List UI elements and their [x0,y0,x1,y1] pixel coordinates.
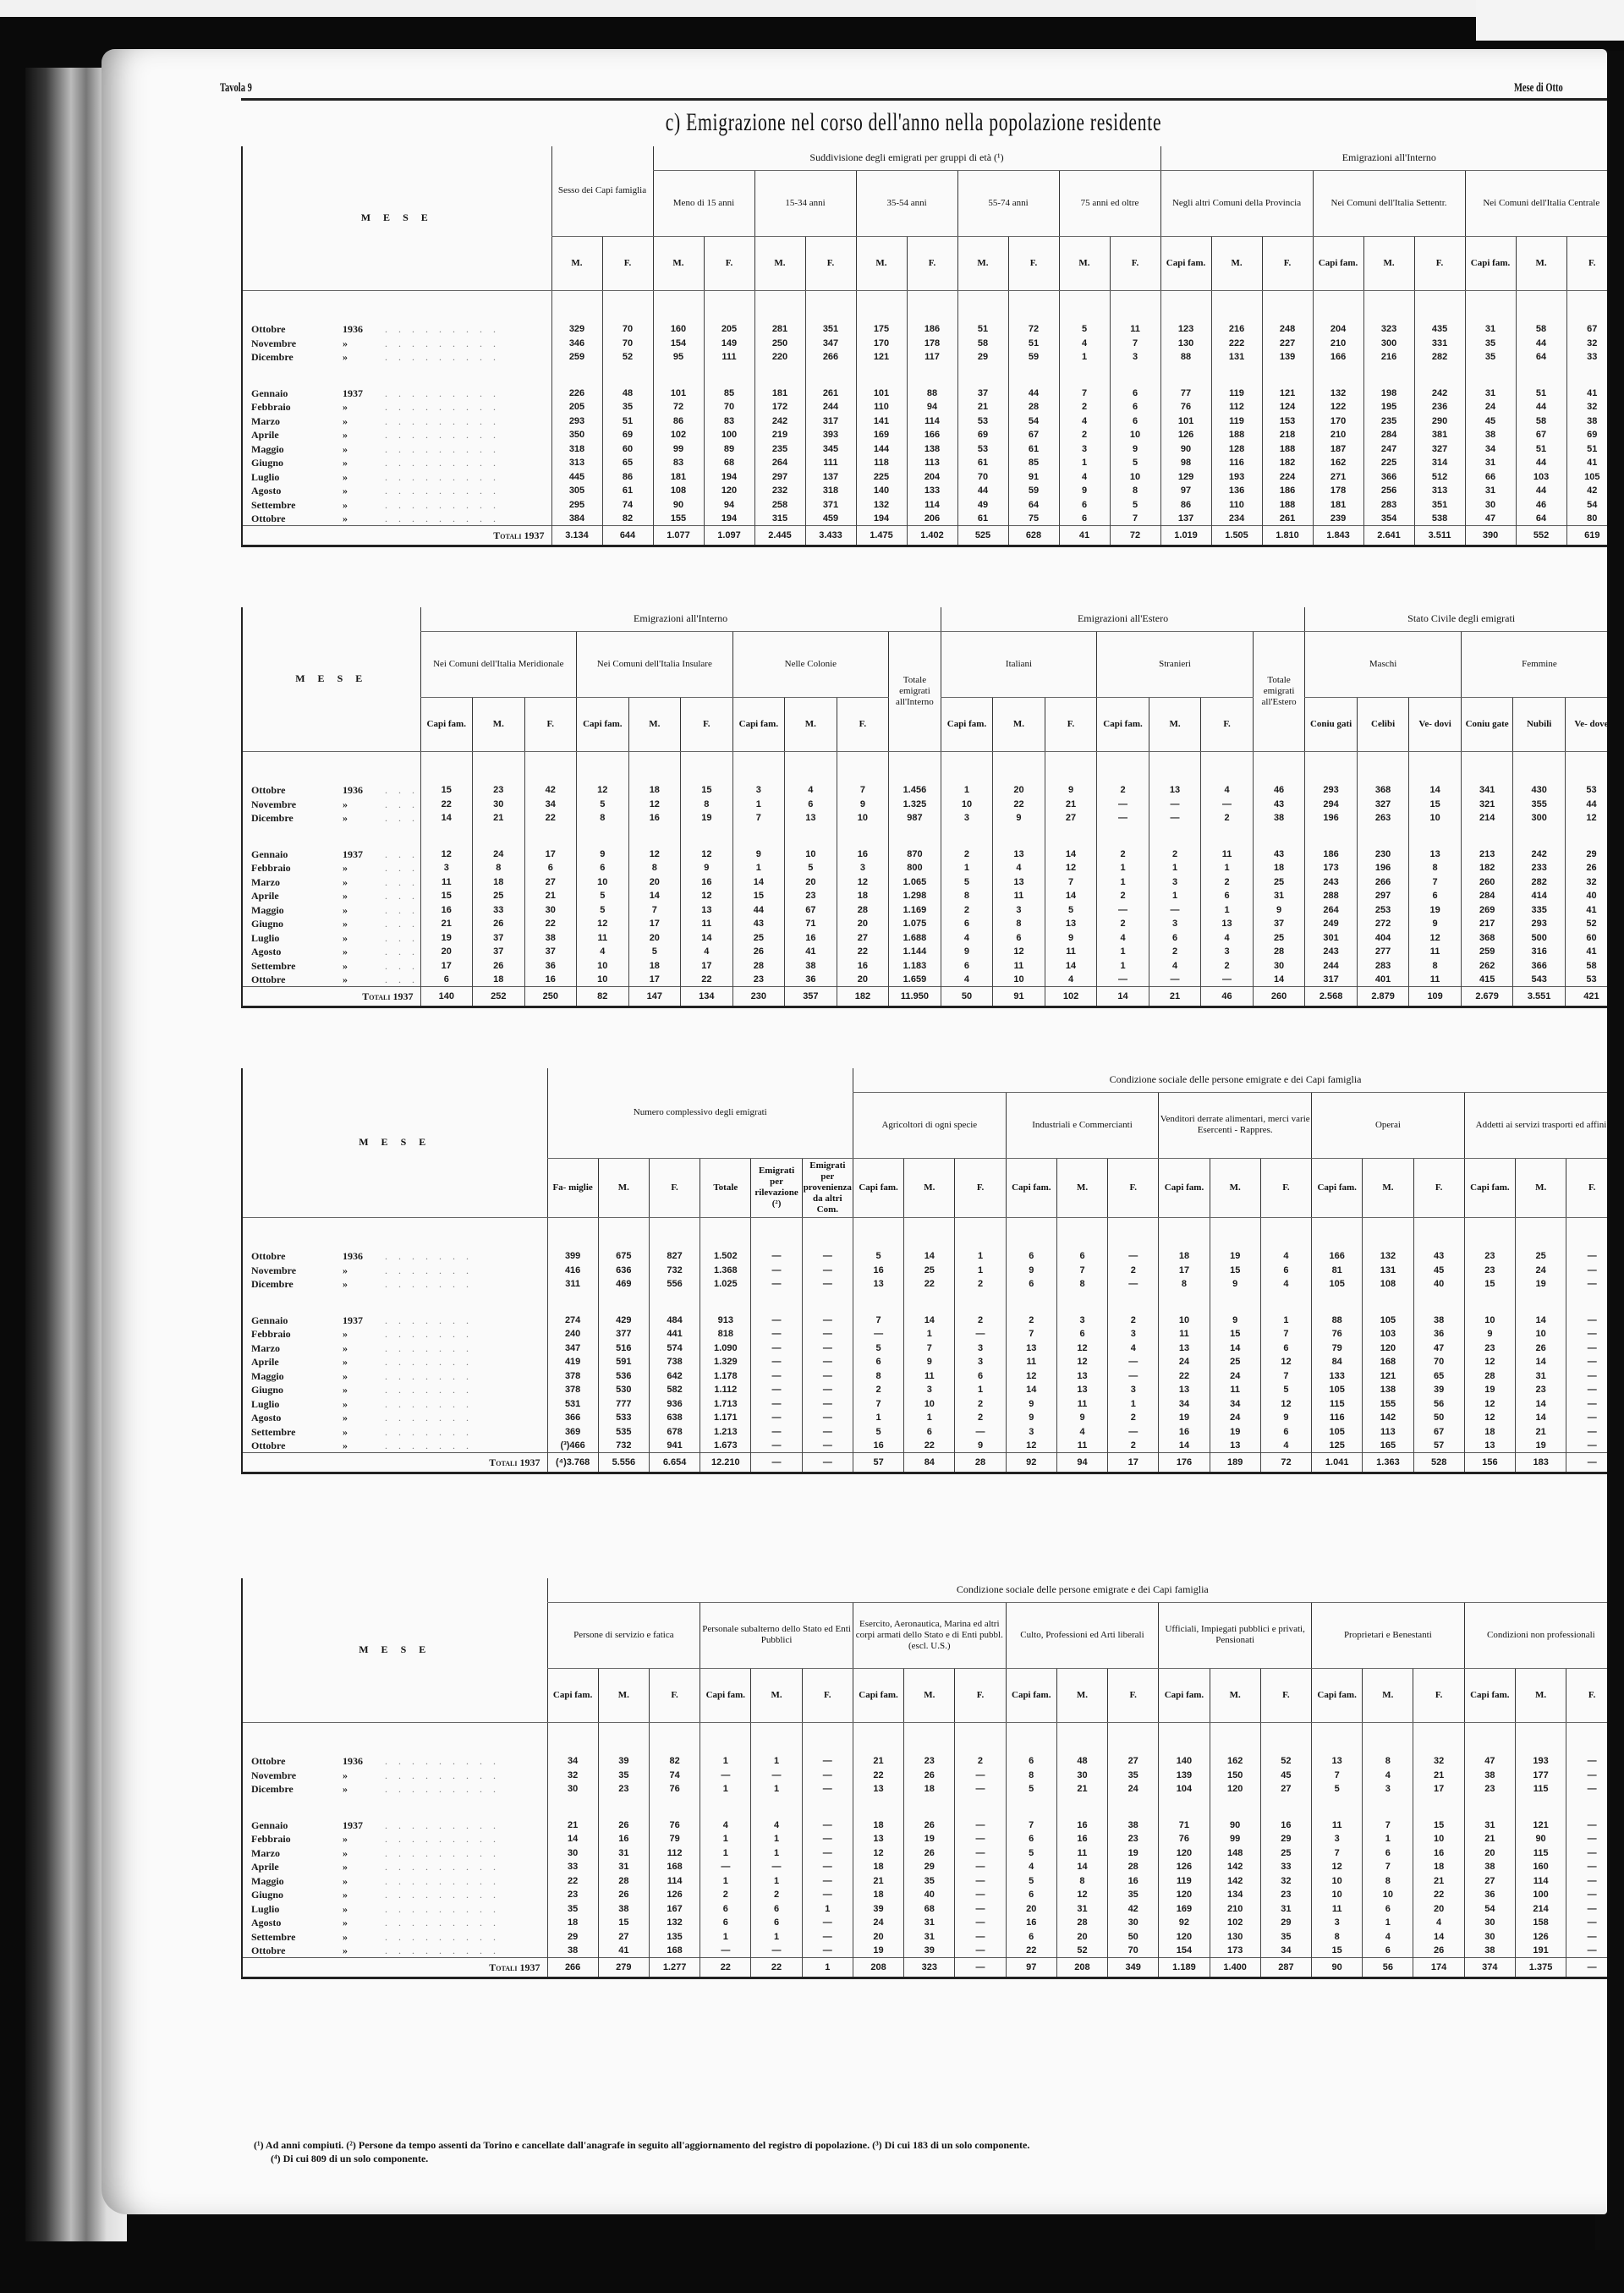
table-cell: 14 [1006,1383,1056,1397]
table-cell: 11 [681,917,733,931]
leader-dots: . . . [385,862,419,874]
table-cell: 8 [1110,484,1160,498]
table-cell: 3 [1201,945,1254,959]
table-cell: 79 [1312,1341,1363,1356]
table-cell: 26 [473,959,525,974]
table-cell: 25 [904,1264,955,1278]
table-cell: 288 [1305,889,1358,903]
table-cell: 80 [1566,512,1607,526]
table-cell: 369 [547,1425,598,1440]
month-label: Ottobre1936. . . [243,783,420,798]
table-cell: 13 [853,1832,903,1846]
table-cell: 42 [1108,1902,1159,1917]
table-cell: 20 [628,875,681,890]
total-cell: 1.363 [1363,1453,1413,1473]
table-cell: 60 [1565,931,1607,946]
table-cell: 249 [1305,917,1358,931]
month-label: Novembre». . . . . . . [243,1264,547,1278]
table-cell: 131 [1363,1264,1413,1278]
table-cell: 6 [1056,1327,1107,1341]
table-cell: 120 [1159,1888,1210,1902]
table-cell: 67 [1413,1425,1464,1440]
table-cell: 13 [1056,1369,1107,1384]
leader-dots: . . . . . . . [385,1426,473,1438]
total-cell: (⁴)3.768 [547,1453,598,1473]
table-row: Ottobre1936. . .1523421218153471.4561209… [243,783,1607,798]
table-cell: 3 [1149,917,1201,931]
top-rule [241,98,1607,101]
total-cell: 56 [1363,1958,1413,1978]
table-cell: 24 [1210,1411,1260,1425]
table-cell: 368 [1357,783,1409,798]
group-header: Venditori derrate alimentari, merci vari… [1159,1092,1312,1158]
table-cell: — [751,1264,802,1278]
subgroup-header: Nei Comuni dell'Italia Meridionale [420,631,577,697]
table-cell: 2 [1097,783,1149,798]
table-cell: 81 [1312,1264,1363,1278]
table-cell: 14 [1516,1397,1566,1412]
table-cell: 8 [1056,1874,1107,1889]
group-header: Proprietari e Benestanti [1312,1602,1465,1668]
table-cell: 103 [1516,470,1566,485]
table-cell: — [955,1930,1006,1945]
month-name: Dicembre [251,811,336,825]
table-row: Luglio». . . . . . .5317779361.713——7102… [243,1397,1607,1412]
table-cell: 3 [420,861,473,875]
table-cell: 14 [904,1249,955,1264]
table-cell: 117 [907,350,957,365]
table-cell: — [1566,1439,1607,1453]
table-cell: 259 [1461,945,1513,959]
table-cell: 3 [1312,1832,1363,1846]
table-cell: 24 [1159,1355,1210,1369]
table-cell: 37 [1253,917,1305,931]
total-cell: 84 [904,1453,955,1473]
table-cell: 131 [1211,350,1262,365]
table-cell: 137 [1160,512,1211,526]
month-year: » [343,1902,385,1916]
table-cell: 15 [1464,1277,1515,1292]
table-cell: — [1566,1355,1607,1369]
table-cell: 354 [1363,512,1414,526]
column-header: F. [955,1668,1006,1722]
table-cell: 2 [1006,1314,1056,1328]
table-cell: 351 [805,322,856,337]
table-cell: — [1108,1249,1159,1264]
table-cell: 2 [1201,959,1254,974]
table-cell: — [1566,1874,1607,1889]
table-cell: 27 [598,1930,649,1945]
table-cell: 139 [1262,350,1313,365]
leader-dots: . . . [385,904,419,916]
table-cell: 8 [473,861,525,875]
table-cell: 22 [993,798,1045,812]
table-cell: 263 [1357,811,1409,826]
table-cell: 12 [1464,1411,1515,1425]
table-cell: 987 [889,811,941,826]
leader-dots: . . . [385,798,419,810]
table-row: Gennaio1937. . .122417912129101687021314… [243,848,1607,862]
table-cell: 64 [1516,350,1566,365]
table-cell: 210 [1313,428,1363,442]
month-label: Ottobre1936. . . . . . . . . [243,1754,547,1769]
table-cell: 331 [1414,337,1465,351]
table-cell: 5 [1006,1874,1056,1889]
table-cell: 12 [1312,1860,1363,1874]
total-cell: 57 [853,1453,903,1473]
table-cell: 327 [1357,798,1409,812]
table-cell: 329 [551,322,602,337]
table-cell: 9 [904,1355,955,1369]
table-cell: 126 [649,1888,700,1902]
table-cell: 23 [1108,1832,1159,1846]
table-cell: 6 [420,973,473,987]
table-cell: 2 [853,1383,903,1397]
table-cell: 1 [1097,959,1149,974]
table-cell: 366 [547,1411,598,1425]
table-cell: 11 [1201,848,1254,862]
table-cell: 415 [1461,973,1513,987]
table-cell: 271 [1313,470,1363,485]
table-cell: 181 [653,470,704,485]
column-header: Capi fam. [853,1158,903,1217]
table-cell: 15 [420,783,473,798]
month-name: Novembre [251,337,336,350]
table-cell: 351 [1414,498,1465,513]
table-cell: 225 [856,470,907,485]
column-header: M. [628,697,681,751]
month-name: Giugno [251,1383,336,1396]
month-year: » [343,1769,385,1782]
table-cell: 68 [904,1902,955,1917]
table-cell: 253 [1357,903,1409,918]
table-cell: 18 [853,1818,903,1833]
table-cell: 6 [785,798,837,812]
table-cell: 38 [1413,1314,1464,1328]
month-name: Ottobre [251,1439,336,1452]
table-cell: 13 [1006,1341,1056,1356]
table-cell: 65 [602,456,653,470]
table-cell: 86 [602,470,653,485]
table-cell: 777 [598,1397,649,1412]
table-cell: 10 [1413,1832,1464,1846]
table-cell: 16 [1006,1916,1056,1930]
table-cell: 85 [704,387,754,401]
column-header: M. [1211,236,1262,290]
table-cell: 35 [1260,1930,1311,1945]
table-cell: 1 [941,861,993,875]
table-row: Luglio». . . . . . . . .35381676613968—2… [243,1902,1607,1917]
total-cell: 1.019 [1160,526,1211,546]
table-cell: 1.090 [700,1341,751,1356]
column-header: Totale [700,1158,751,1217]
subgroup-header: Italiani [941,631,1097,697]
table-cell: 1 [1059,350,1110,365]
table-cell: 233 [1513,861,1566,875]
table-cell: 12 [1056,1341,1107,1356]
table-cell: 259 [551,350,602,365]
month-name: Settembre [251,498,336,512]
total-cell: 1.505 [1211,526,1262,546]
table-cell: — [751,1439,802,1453]
table-cell: 269 [1461,903,1513,918]
table-cell: 1.144 [889,945,941,959]
table-cell: 226 [551,387,602,401]
table-cell: 140 [856,484,907,498]
table-cell: 153 [1262,414,1313,429]
table-row: Marzo». . . . . . . . .303111211—1226—51… [243,1846,1607,1861]
totals-label: Totali 1937 [243,526,551,546]
table-row: Novembre». . . . . . . . .34670154149250… [243,337,1607,351]
month-year: 1937 [343,1818,385,1832]
table-cell: — [802,1916,853,1930]
month-label: Ottobre1936. . . . . . . . . [243,322,551,337]
table-cell: 35 [904,1874,955,1889]
table-cell: 102 [653,428,704,442]
footnotes: (¹) Ad anni compiuti. (²) Persone da tem… [254,2138,1607,2165]
table-cell: 33 [547,1860,598,1874]
table-row: Ottobre1936. . . . . . . . .329701602052… [243,322,1607,337]
table-cell: 22 [1006,1944,1056,1958]
table-cell: 1 [904,1411,955,1425]
month-year: » [343,1782,385,1796]
table-cell: — [802,1314,853,1328]
table-cell: 44 [1516,484,1566,498]
table-cell: 11 [1056,1846,1107,1861]
table-cell: 12 [1006,1439,1056,1453]
table-cell: — [853,1327,903,1341]
table-cell: 170 [1313,414,1363,429]
table-cell: 29 [1260,1916,1311,1930]
total-column-header: Totale emigrati all'Interno [889,631,941,751]
table-cell: 32 [1566,337,1607,351]
table-cell: 18 [1464,1425,1515,1440]
group-header: Stato Civile degli emigrati [1305,607,1607,631]
table-cell: 220 [754,350,805,365]
table-cell: — [700,1860,751,1874]
table-cell: 316 [1513,945,1566,959]
table-cell: 13 [1409,848,1462,862]
table-cell: 45 [1260,1769,1311,1783]
table-cell: 7 [853,1397,903,1412]
month-name: Ottobre [251,1754,336,1768]
table-row: Novembre». . .22303451281691.325102221——… [243,798,1607,812]
month-year: » [343,1930,385,1944]
table-cell: 56 [1413,1397,1464,1412]
table-cell: 195 [1363,400,1414,414]
table-cell: 8 [853,1369,903,1384]
table-cell: 28 [1464,1369,1515,1384]
table-cell: 14 [1045,959,1097,974]
table-cell: — [751,1944,802,1958]
table-cell: 7 [1006,1327,1056,1341]
table-cell: 1 [751,1930,802,1945]
table-cell: 2 [1108,1314,1159,1328]
total-cell: — [751,1453,802,1473]
table-cell: 102 [1210,1916,1260,1930]
table-cell: 21 [547,1818,598,1833]
table-cell: 110 [1211,498,1262,513]
table-cell: 64 [1008,498,1059,513]
table-row: Gennaio1937. . . . . . .274429484913——71… [243,1314,1607,1328]
table-cell: 6 [1006,1930,1056,1945]
table-cell: 29 [957,350,1008,365]
table-cell: 321 [1461,798,1513,812]
total-cell: 156 [1464,1453,1515,1473]
table-cell: 300 [1513,811,1566,826]
column-header: Celibi [1357,697,1409,751]
table-cell: 12 [1260,1355,1311,1369]
month-name: Giugno [251,456,336,469]
month-year: » [343,903,385,917]
table-cell: 1 [751,1754,802,1769]
table-cell: 47 [1413,1341,1464,1356]
group-header: Emigrazioni all'Estero [941,607,1305,631]
table-cell: 11 [1159,1327,1210,1341]
table-row: Marzo». . . . . . . . .29351868324231714… [243,414,1607,429]
table-cell: 378 [547,1369,598,1384]
month-name: Ottobre [251,322,336,336]
table-cell: 58 [1516,322,1566,337]
table-cell: 2 [941,848,993,862]
table-cell: 8 [1409,959,1462,974]
table-cell: 11 [993,959,1045,974]
table-cell: 12 [853,1846,903,1861]
table-cell: — [802,1397,853,1412]
table-cell: 155 [1363,1397,1413,1412]
table-cell: 14 [1210,1341,1260,1356]
section1-table: M E S ESesso dei Capi famigliaSuddivisio… [243,146,1607,545]
month-label: Novembre». . . . . . . . . [243,337,551,351]
table-cell: — [1149,903,1201,918]
table-cell: 10 [1363,1888,1413,1902]
subgroup-header: 35-54 anni [856,170,957,236]
month-label: Luglio». . . . . . . [243,1397,547,1412]
table-cell: 217 [1461,917,1513,931]
table-cell: 47 [1464,1754,1515,1769]
table-cell: 25 [732,931,785,946]
column-header: F. [1201,697,1254,751]
table-cell: 25 [1253,875,1305,890]
table-cell: 9 [577,848,629,862]
table-cell: 870 [889,848,941,862]
table-cell: 70 [602,337,653,351]
table-cell: 5 [1045,903,1097,918]
table-cell: 24 [1108,1782,1159,1797]
table-cell: 9 [1045,931,1097,946]
total-cell: 1.843 [1313,526,1363,546]
table-cell: 47 [1465,512,1516,526]
table-cell: 1.502 [700,1249,751,1264]
table-cell: 536 [598,1369,649,1384]
table-cell: 205 [551,400,602,414]
leader-dots: . . . [385,960,419,972]
table-cell: 14 [1516,1355,1566,1369]
table-cell: 43 [1413,1249,1464,1264]
table-cell: 14 [547,1832,598,1846]
table-cell: 16 [853,1439,903,1453]
month-name: Giugno [251,917,336,930]
table-cell: 12 [1464,1355,1515,1369]
month-year: » [343,456,385,469]
table-cell: 20 [1006,1902,1056,1917]
table-cell: 6 [904,1425,955,1440]
month-name: Febbraio [251,400,336,414]
table-cell: 1 [732,861,785,875]
table-cell: 112 [1211,400,1262,414]
table-cell: 41 [1566,456,1607,470]
table-cell: 4 [1149,959,1201,974]
table-cell: 134 [1210,1888,1260,1902]
table-cell: 9 [1045,783,1097,798]
table-cell: — [1149,973,1201,987]
table-cell: 37 [524,945,577,959]
table-cell: 2 [1108,1411,1159,1425]
table-cell: 54 [1566,498,1607,513]
table-cell: 3 [1108,1327,1159,1341]
table-cell: 85 [1008,456,1059,470]
table-cell: 188 [1262,498,1313,513]
total-cell: 189 [1210,1453,1260,1473]
table-cell: 54 [1008,414,1059,429]
subgroup-header: 55-74 anni [957,170,1059,236]
table-cell: 22 [904,1439,955,1453]
table-cell: 2 [955,1314,1006,1328]
table-cell: 6 [1006,1277,1056,1292]
table-cell: 53 [1565,973,1607,987]
column-header: F. [681,697,733,751]
table-cell: 76 [649,1782,700,1797]
table-cell: 13 [1056,1383,1107,1397]
table-cell: 4 [700,1818,751,1833]
table-row: Ottobre». . . . . . . . .384821551943154… [243,512,1607,526]
leader-dots: . . . . . . . [385,1398,473,1410]
month-year: » [343,484,385,497]
table-cell: 33 [1566,350,1607,365]
table-cell: 533 [598,1411,649,1425]
table-row: Ottobre». . . . . . . . .3841168———1939—… [243,1944,1607,1958]
table-cell: 105 [1312,1425,1363,1440]
month-label: Luglio». . . . . . . . . [243,470,551,485]
table-cell: — [751,1425,802,1440]
table-cell: 51 [1566,442,1607,457]
column-header: Nubili [1513,697,1566,751]
table-cell: 21 [853,1874,903,1889]
month-label: Marzo». . . . . . . [243,1341,547,1356]
month-year: » [343,470,385,484]
subgroup-header: Nei Comuni dell'Italia Settentr. [1313,170,1465,236]
column-header: Ve- dove [1565,697,1607,751]
table-cell: 6 [955,1369,1006,1384]
total-cell: 11.950 [889,987,941,1007]
month-label: Luglio». . . [243,931,420,946]
table-cell: 124 [1262,400,1313,414]
table-cell: 181 [754,387,805,401]
table-cell: — [802,1832,853,1846]
month-label: Marzo». . . . . . . . . [243,414,551,429]
table-cell: 5 [1110,456,1160,470]
table-cell: 31 [1465,322,1516,337]
table-cell: 574 [649,1341,700,1356]
table-cell: 2 [1201,875,1254,890]
table-cell: 23 [904,1754,955,1769]
table-row: Gennaio1937. . . . . . . . .21267644—182… [243,1818,1607,1833]
month-label: Febbraio». . . . . . . . . [243,1832,547,1846]
column-header: Capi fam. [1464,1668,1515,1722]
table-cell: 9 [955,1439,1006,1453]
page-number: 8 [356,2210,370,2214]
column-header: M. [1210,1158,1260,1217]
